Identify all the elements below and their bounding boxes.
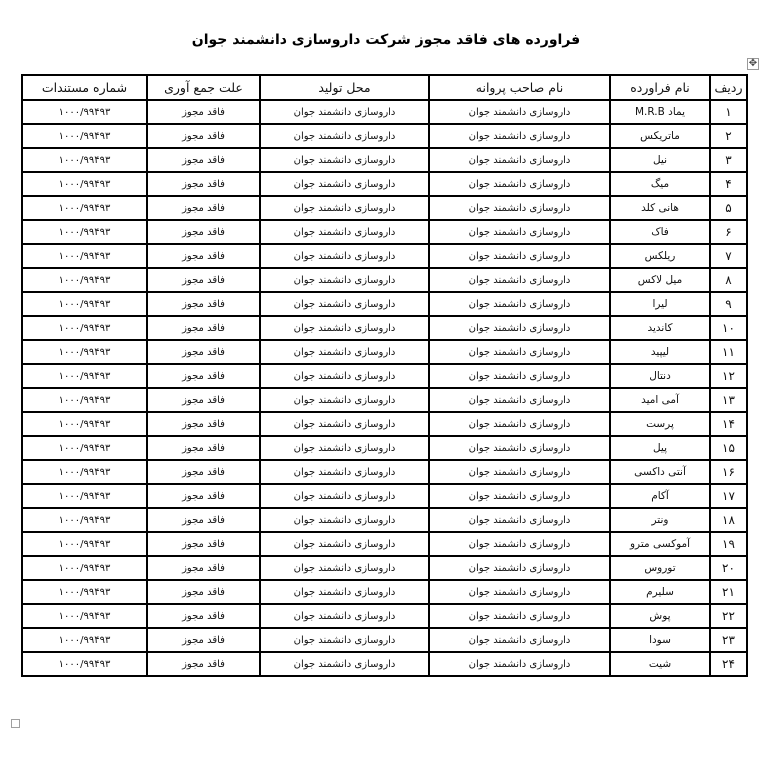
cell-document-number: ۱۰۰۰/۹۹۴۹۳ bbox=[22, 340, 147, 364]
cell-collection-reason: فاقد مجوز bbox=[147, 244, 260, 268]
cell-document-number: ۱۰۰۰/۹۹۴۹۳ bbox=[22, 388, 147, 412]
cell-product-name: ماتریکس bbox=[610, 124, 710, 148]
cell-product-name: پرست bbox=[610, 412, 710, 436]
cell-document-number: ۱۰۰۰/۹۹۴۹۳ bbox=[22, 580, 147, 604]
table-row: ۱۰کاندیدداروسازی دانشمند جوانداروسازی دا… bbox=[22, 316, 747, 340]
table-row: ۱۳آمی امیدداروسازی دانشمند جوانداروسازی … bbox=[22, 388, 747, 412]
cell-license-holder: داروسازی دانشمند جوان bbox=[429, 220, 610, 244]
cell-row-number: ۱۱ bbox=[710, 340, 747, 364]
table-move-handle-icon[interactable]: ✥ bbox=[747, 58, 759, 70]
cell-row-number: ۱۳ bbox=[710, 388, 747, 412]
table-header-row: ردیف نام فراورده نام صاحب پروانه محل تول… bbox=[22, 75, 747, 100]
cell-document-number: ۱۰۰۰/۹۹۴۹۳ bbox=[22, 124, 147, 148]
cell-collection-reason: فاقد مجوز bbox=[147, 604, 260, 628]
cell-license-holder: داروسازی دانشمند جوان bbox=[429, 508, 610, 532]
cell-collection-reason: فاقد مجوز bbox=[147, 436, 260, 460]
cell-license-holder: داروسازی دانشمند جوان bbox=[429, 292, 610, 316]
cell-license-holder: داروسازی دانشمند جوان bbox=[429, 124, 610, 148]
cell-product-name: یماد M.R.B bbox=[610, 100, 710, 124]
cell-license-holder: داروسازی دانشمند جوان bbox=[429, 268, 610, 292]
cell-collection-reason: فاقد مجوز bbox=[147, 652, 260, 676]
cell-license-holder: داروسازی دانشمند جوان bbox=[429, 100, 610, 124]
cell-product-name: فاک bbox=[610, 220, 710, 244]
cell-production-place: داروسازی دانشمند جوان bbox=[260, 388, 429, 412]
cell-production-place: داروسازی دانشمند جوان bbox=[260, 124, 429, 148]
table-row: ۴میگداروسازی دانشمند جوانداروسازی دانشمن… bbox=[22, 172, 747, 196]
cell-product-name: میگ bbox=[610, 172, 710, 196]
table-row: ۳نیلداروسازی دانشمند جوانداروسازی دانشمن… bbox=[22, 148, 747, 172]
table-row: ۲۰توروسداروسازی دانشمند جوانداروسازی دان… bbox=[22, 556, 747, 580]
table-row: ۱۱لیپیدداروسازی دانشمند جوانداروسازی دان… bbox=[22, 340, 747, 364]
cell-license-holder: داروسازی دانشمند جوان bbox=[429, 196, 610, 220]
table-row: ۲۲پوشداروسازی دانشمند جوانداروسازی دانشم… bbox=[22, 604, 747, 628]
table-row: ۷ریلکسداروسازی دانشمند جوانداروسازی دانش… bbox=[22, 244, 747, 268]
cell-row-number: ۵ bbox=[710, 196, 747, 220]
cell-document-number: ۱۰۰۰/۹۹۴۹۳ bbox=[22, 412, 147, 436]
table-row: ۱۴پرستداروسازی دانشمند جوانداروسازی دانش… bbox=[22, 412, 747, 436]
cell-row-number: ۷ bbox=[710, 244, 747, 268]
cell-license-holder: داروسازی دانشمند جوان bbox=[429, 604, 610, 628]
cell-license-holder: داروسازی دانشمند جوان bbox=[429, 532, 610, 556]
cell-production-place: داروسازی دانشمند جوان bbox=[260, 316, 429, 340]
cell-license-holder: داروسازی دانشمند جوان bbox=[429, 484, 610, 508]
cell-document-number: ۱۰۰۰/۹۹۴۹۳ bbox=[22, 172, 147, 196]
cell-document-number: ۱۰۰۰/۹۹۴۹۳ bbox=[22, 460, 147, 484]
cell-document-number: ۱۰۰۰/۹۹۴۹۳ bbox=[22, 196, 147, 220]
cell-product-name: ریلکس bbox=[610, 244, 710, 268]
cell-row-number: ۲۰ bbox=[710, 556, 747, 580]
cell-production-place: داروسازی دانشمند جوان bbox=[260, 436, 429, 460]
cell-collection-reason: فاقد مجوز bbox=[147, 580, 260, 604]
cell-production-place: داروسازی دانشمند جوان bbox=[260, 652, 429, 676]
cell-collection-reason: فاقد مجوز bbox=[147, 508, 260, 532]
cell-row-number: ۱۴ bbox=[710, 412, 747, 436]
cell-document-number: ۱۰۰۰/۹۹۴۹۳ bbox=[22, 652, 147, 676]
cell-production-place: داروسازی دانشمند جوان bbox=[260, 100, 429, 124]
cell-product-name: آموکسی مترو bbox=[610, 532, 710, 556]
cell-license-holder: داروسازی دانشمند جوان bbox=[429, 244, 610, 268]
cell-product-name: ونتر bbox=[610, 508, 710, 532]
cell-collection-reason: فاقد مجوز bbox=[147, 364, 260, 388]
cell-collection-reason: فاقد مجوز bbox=[147, 556, 260, 580]
cell-license-holder: داروسازی دانشمند جوان bbox=[429, 580, 610, 604]
cell-row-number: ۱۸ bbox=[710, 508, 747, 532]
cell-row-number: ۱۲ bbox=[710, 364, 747, 388]
cell-license-holder: داروسازی دانشمند جوان bbox=[429, 388, 610, 412]
cell-row-number: ۱ bbox=[710, 100, 747, 124]
table-row: ۱۸ونترداروسازی دانشمند جوانداروسازی دانش… bbox=[22, 508, 747, 532]
cell-document-number: ۱۰۰۰/۹۹۴۹۳ bbox=[22, 364, 147, 388]
cell-product-name: کاندید bbox=[610, 316, 710, 340]
cell-collection-reason: فاقد مجوز bbox=[147, 388, 260, 412]
cell-row-number: ۳ bbox=[710, 148, 747, 172]
cell-production-place: داروسازی دانشمند جوان bbox=[260, 412, 429, 436]
table-row: ۲۱سلیرمداروسازی دانشمند جوانداروسازی دان… bbox=[22, 580, 747, 604]
table-row: ۱۹آموکسی متروداروسازی دانشمند جوانداروسا… bbox=[22, 532, 747, 556]
cell-row-number: ۲۱ bbox=[710, 580, 747, 604]
table-row: ۶فاکداروسازی دانشمند جوانداروسازی دانشمن… bbox=[22, 220, 747, 244]
table-body: ۱یماد M.R.Bداروسازی دانشمند جوانداروسازی… bbox=[22, 100, 747, 676]
cell-row-number: ۲۲ bbox=[710, 604, 747, 628]
cell-collection-reason: فاقد مجوز bbox=[147, 100, 260, 124]
cell-collection-reason: فاقد مجوز bbox=[147, 196, 260, 220]
cell-product-name: شیت bbox=[610, 652, 710, 676]
cell-row-number: ۱۹ bbox=[710, 532, 747, 556]
cell-product-name: لیرا bbox=[610, 292, 710, 316]
cell-production-place: داروسازی دانشمند جوان bbox=[260, 460, 429, 484]
cell-row-number: ۹ bbox=[710, 292, 747, 316]
cell-document-number: ۱۰۰۰/۹۹۴۹۳ bbox=[22, 628, 147, 652]
cell-row-number: ۲ bbox=[710, 124, 747, 148]
table-row: ۱۵پیلداروسازی دانشمند جوانداروسازی دانشم… bbox=[22, 436, 747, 460]
cell-document-number: ۱۰۰۰/۹۹۴۹۳ bbox=[22, 148, 147, 172]
cell-collection-reason: فاقد مجوز bbox=[147, 172, 260, 196]
cell-collection-reason: فاقد مجوز bbox=[147, 124, 260, 148]
table-row: ۱۲دنتالداروسازی دانشمند جوانداروسازی دان… bbox=[22, 364, 747, 388]
cell-license-holder: داروسازی دانشمند جوان bbox=[429, 364, 610, 388]
cell-product-name: آمی امید bbox=[610, 388, 710, 412]
header-document-number: شماره مستندات bbox=[22, 75, 147, 100]
cell-production-place: داروسازی دانشمند جوان bbox=[260, 292, 429, 316]
cell-product-name: پوش bbox=[610, 604, 710, 628]
cell-production-place: داروسازی دانشمند جوان bbox=[260, 532, 429, 556]
cell-license-holder: داروسازی دانشمند جوان bbox=[429, 628, 610, 652]
cell-production-place: داروسازی دانشمند جوان bbox=[260, 220, 429, 244]
cell-product-name: میل لاکس bbox=[610, 268, 710, 292]
document-title: فراورده های فاقد مجوز شرکت داروسازی دانش… bbox=[0, 30, 772, 50]
cell-row-number: ۱۰ bbox=[710, 316, 747, 340]
cell-production-place: داروسازی دانشمند جوان bbox=[260, 508, 429, 532]
cell-row-number: ۸ bbox=[710, 268, 747, 292]
cell-production-place: داروسازی دانشمند جوان bbox=[260, 628, 429, 652]
cell-collection-reason: فاقد مجوز bbox=[147, 340, 260, 364]
cell-collection-reason: فاقد مجوز bbox=[147, 148, 260, 172]
cell-document-number: ۱۰۰۰/۹۹۴۹۳ bbox=[22, 484, 147, 508]
cell-license-holder: داروسازی دانشمند جوان bbox=[429, 340, 610, 364]
cell-product-name: آکام bbox=[610, 484, 710, 508]
cell-product-name: نیل bbox=[610, 148, 710, 172]
cell-product-name: سلیرم bbox=[610, 580, 710, 604]
table-row: ۵هانی کلدداروسازی دانشمند جوانداروسازی د… bbox=[22, 196, 747, 220]
cell-document-number: ۱۰۰۰/۹۹۴۹۳ bbox=[22, 244, 147, 268]
cell-collection-reason: فاقد مجوز bbox=[147, 220, 260, 244]
cell-license-holder: داروسازی دانشمند جوان bbox=[429, 412, 610, 436]
table-row: ۲۴شیتداروسازی دانشمند جوانداروسازی دانشم… bbox=[22, 652, 747, 676]
table-row: ۹لیراداروسازی دانشمند جوانداروسازی دانشم… bbox=[22, 292, 747, 316]
cell-row-number: ۲۳ bbox=[710, 628, 747, 652]
cell-production-place: داروسازی دانشمند جوان bbox=[260, 484, 429, 508]
header-collection-reason: علت جمع آوری bbox=[147, 75, 260, 100]
cell-row-number: ۲۴ bbox=[710, 652, 747, 676]
cell-row-number: ۱۶ bbox=[710, 460, 747, 484]
cell-production-place: داروسازی دانشمند جوان bbox=[260, 148, 429, 172]
cell-production-place: داروسازی دانشمند جوان bbox=[260, 244, 429, 268]
cell-collection-reason: فاقد مجوز bbox=[147, 268, 260, 292]
cell-document-number: ۱۰۰۰/۹۹۴۹۳ bbox=[22, 268, 147, 292]
cell-production-place: داروسازی دانشمند جوان bbox=[260, 580, 429, 604]
cell-collection-reason: فاقد مجوز bbox=[147, 292, 260, 316]
cell-document-number: ۱۰۰۰/۹۹۴۹۳ bbox=[22, 220, 147, 244]
header-license-holder: نام صاحب پروانه bbox=[429, 75, 610, 100]
cell-collection-reason: فاقد مجوز bbox=[147, 316, 260, 340]
cell-production-place: داروسازی دانشمند جوان bbox=[260, 196, 429, 220]
cell-document-number: ۱۰۰۰/۹۹۴۹۳ bbox=[22, 292, 147, 316]
cell-product-name: آنتی داکسی bbox=[610, 460, 710, 484]
cell-license-holder: داروسازی دانشمند جوان bbox=[429, 436, 610, 460]
cell-production-place: داروسازی دانشمند جوان bbox=[260, 340, 429, 364]
cell-license-holder: داروسازی دانشمند جوان bbox=[429, 652, 610, 676]
table-row: ۱یماد M.R.Bداروسازی دانشمند جوانداروسازی… bbox=[22, 100, 747, 124]
cell-production-place: داروسازی دانشمند جوان bbox=[260, 364, 429, 388]
header-product-name: نام فراورده bbox=[610, 75, 710, 100]
cell-document-number: ۱۰۰۰/۹۹۴۹۳ bbox=[22, 508, 147, 532]
cell-row-number: ۶ bbox=[710, 220, 747, 244]
cell-document-number: ۱۰۰۰/۹۹۴۹۳ bbox=[22, 604, 147, 628]
table-row: ۲ماتریکسداروسازی دانشمند جوانداروسازی دا… bbox=[22, 124, 747, 148]
table-row: ۱۷آکامداروسازی دانشمند جوانداروسازی دانش… bbox=[22, 484, 747, 508]
header-production-place: محل تولید bbox=[260, 75, 429, 100]
cell-product-name: توروس bbox=[610, 556, 710, 580]
table-row: ۲۳سوداداروسازی دانشمند جوانداروسازی دانش… bbox=[22, 628, 747, 652]
header-row-number: ردیف bbox=[710, 75, 747, 100]
cell-document-number: ۱۰۰۰/۹۹۴۹۳ bbox=[22, 556, 147, 580]
table-row: ۸میل لاکسداروسازی دانشمند جوانداروسازی د… bbox=[22, 268, 747, 292]
cell-document-number: ۱۰۰۰/۹۹۴۹۳ bbox=[22, 532, 147, 556]
cell-collection-reason: فاقد مجوز bbox=[147, 412, 260, 436]
cell-product-name: لیپید bbox=[610, 340, 710, 364]
cell-document-number: ۱۰۰۰/۹۹۴۹۳ bbox=[22, 100, 147, 124]
cell-product-name: هانی کلد bbox=[610, 196, 710, 220]
cell-production-place: داروسازی دانشمند جوان bbox=[260, 172, 429, 196]
cell-product-name: دنتال bbox=[610, 364, 710, 388]
cell-row-number: ۴ bbox=[710, 172, 747, 196]
cell-row-number: ۱۷ bbox=[710, 484, 747, 508]
cell-production-place: داروسازی دانشمند جوان bbox=[260, 604, 429, 628]
cell-document-number: ۱۰۰۰/۹۹۴۹۳ bbox=[22, 316, 147, 340]
cell-document-number: ۱۰۰۰/۹۹۴۹۳ bbox=[22, 436, 147, 460]
cell-production-place: داروسازی دانشمند جوان bbox=[260, 268, 429, 292]
cell-product-name: سودا bbox=[610, 628, 710, 652]
cell-collection-reason: فاقد مجوز bbox=[147, 628, 260, 652]
cell-collection-reason: فاقد مجوز bbox=[147, 484, 260, 508]
cell-product-name: پیل bbox=[610, 436, 710, 460]
products-table: ردیف نام فراورده نام صاحب پروانه محل تول… bbox=[21, 74, 748, 677]
cell-license-holder: داروسازی دانشمند جوان bbox=[429, 172, 610, 196]
cell-license-holder: داروسازی دانشمند جوان bbox=[429, 556, 610, 580]
cell-production-place: داروسازی دانشمند جوان bbox=[260, 556, 429, 580]
cell-license-holder: داروسازی دانشمند جوان bbox=[429, 316, 610, 340]
table-resize-handle[interactable] bbox=[11, 719, 20, 728]
table-row: ۱۶آنتی داکسیداروسازی دانشمند جوانداروساز… bbox=[22, 460, 747, 484]
cell-license-holder: داروسازی دانشمند جوان bbox=[429, 148, 610, 172]
cell-collection-reason: فاقد مجوز bbox=[147, 532, 260, 556]
cell-collection-reason: فاقد مجوز bbox=[147, 460, 260, 484]
cell-row-number: ۱۵ bbox=[710, 436, 747, 460]
cell-license-holder: داروسازی دانشمند جوان bbox=[429, 460, 610, 484]
